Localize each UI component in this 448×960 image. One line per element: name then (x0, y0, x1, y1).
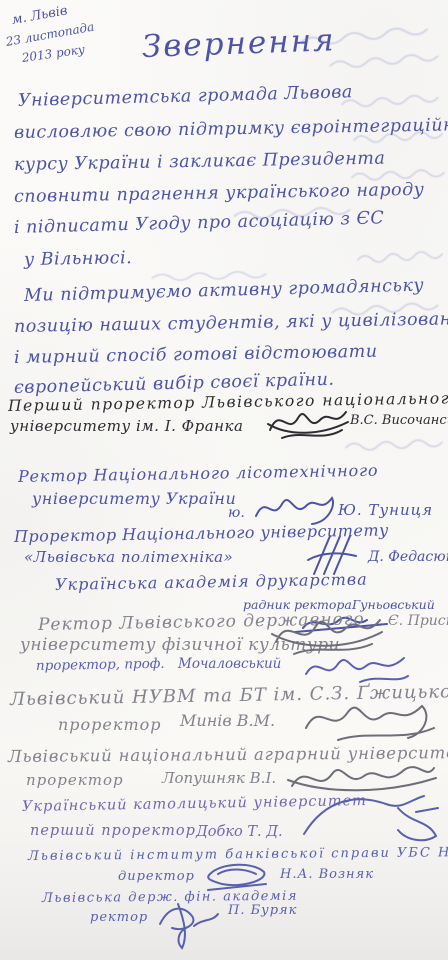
signature-scribble (148, 898, 222, 952)
ink-bleed-mark (350, 164, 447, 187)
ink-bleed-mark (327, 47, 440, 75)
signatory-role-line: проректор (26, 772, 124, 789)
signatory-name: Добко Т. Д. (196, 825, 283, 841)
ink-bleed-mark (344, 433, 445, 456)
signatory-org-line: Ректор Національного лісотехнічного (18, 462, 379, 486)
appeal-paragraph-line: курсу України і закликає Президента (14, 150, 386, 176)
date-year-line: 2013 року (21, 43, 86, 65)
signatory-name: Минів В.М. (180, 712, 275, 730)
signatory-role-line: проректор (58, 716, 162, 734)
signatory-role-line: ректор (90, 911, 148, 925)
signatory-org-line: «Львівська політехніка» (24, 549, 233, 566)
appeal-paragraph-line: у Вільнюсі. (24, 249, 133, 270)
signatory-name: Н.А. Возняк (280, 868, 374, 882)
signatory-org-line: університету України (32, 490, 236, 508)
signatory-name: В.С. Височанський (350, 414, 448, 428)
appeal-paragraph-line: Університетська громада Львова (18, 83, 353, 111)
signatory-name: Мочаловський (178, 657, 281, 672)
signature-scribble (262, 400, 352, 444)
ink-bleed-mark (355, 245, 444, 269)
signatory-org-line: Українська академія друкарства (55, 571, 368, 594)
ink-bleed-mark (339, 89, 440, 114)
signature-scribble (298, 790, 444, 848)
signature-scribble (298, 694, 440, 744)
signatory-org-line: університету ім. І. Франка (10, 418, 243, 435)
signatory-name: Є. Приступа (388, 614, 448, 629)
signatory-name: П. Буряк (228, 904, 297, 918)
signatory-role-line: директор (118, 870, 195, 884)
signatory-name: Д. Федасюк (368, 550, 448, 565)
signature-scribble (200, 860, 272, 892)
signatory-name: Лопушняк В.І. (162, 770, 276, 787)
signatory-role-line: перший проректор (30, 824, 196, 840)
appeal-paragraph-line: і мирний спосіб готові відстоювати (14, 343, 378, 369)
signature-pre-mark: ю. (228, 506, 245, 521)
signatory-role-line: проректор, проф. (36, 657, 165, 674)
signatory-name: Ю. Туниця (338, 502, 433, 519)
handwritten-appeal-page: м. Львів 23 листопада 2013 року Зверненн… (0, 0, 448, 960)
